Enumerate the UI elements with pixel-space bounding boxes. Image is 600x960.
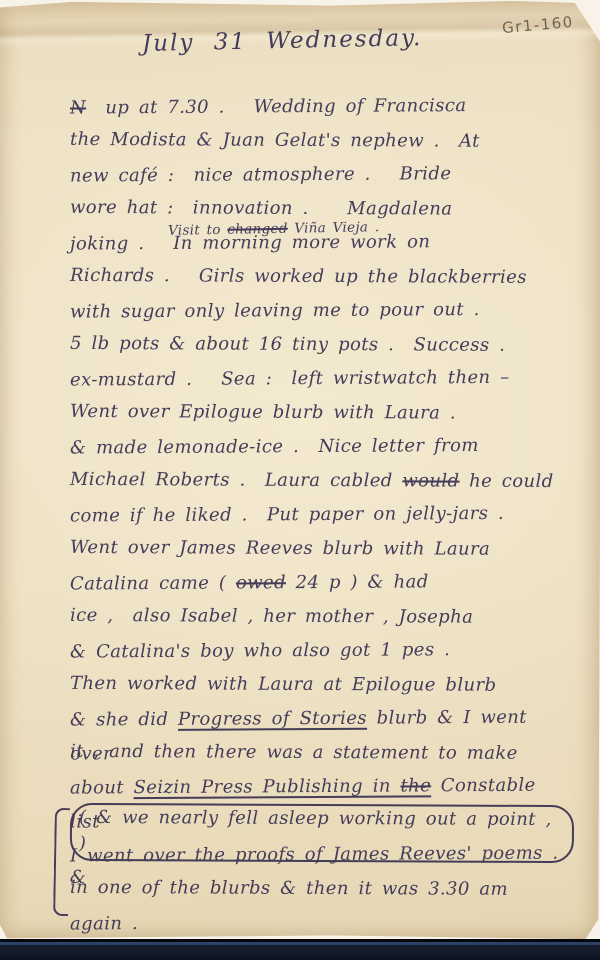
manuscript-line: & made lemonade-ice . Nice letter from bbox=[70, 428, 574, 465]
text-segment: N bbox=[70, 97, 86, 118]
text-segment: changed bbox=[227, 221, 288, 238]
manuscript-line: come if he liked . Put paper on jelly-ja… bbox=[70, 496, 574, 533]
text-segment: again . bbox=[70, 913, 138, 934]
manuscript-line: Richards . Girls worked up the blackberr… bbox=[70, 259, 574, 295]
manuscript-line: 5 lb pots & about 16 tiny pots . Success… bbox=[70, 327, 574, 363]
manuscript-line: ex-mustard . Sea : left wristwatch then … bbox=[70, 360, 574, 397]
text-segment: Michael Roberts . Laura cabled bbox=[70, 469, 402, 491]
text-segment: Seizin Press Publishing in bbox=[133, 776, 400, 799]
text-segment: Richards . Girls worked up the blackberr… bbox=[70, 265, 527, 288]
manuscript-line: & Catalina's boy who also got 1 pes . bbox=[70, 632, 574, 669]
scan-edge-strip bbox=[0, 939, 600, 960]
manuscript-line: Went over Epilogue blurb with Laura . bbox=[70, 395, 574, 431]
text-segment: owed bbox=[236, 572, 286, 593]
manuscript-line: Michael Roberts . Laura cabled would he … bbox=[70, 463, 574, 499]
text-segment: would bbox=[402, 470, 459, 491]
text-segment: wore hat : innovation . Magdalena bbox=[70, 197, 453, 220]
manuscript-line: about Seizin Press Publishing in the Con… bbox=[70, 768, 574, 805]
margin-bracket bbox=[53, 808, 70, 916]
text-segment: 5 lb pots & about 16 tiny pots . Success… bbox=[70, 333, 505, 356]
text-segment: he could bbox=[459, 471, 553, 492]
manuscript-line: new café : nice atmosphere . Bride bbox=[70, 156, 574, 193]
text-segment: I went over the proofs of James Reeves' … bbox=[70, 843, 559, 867]
manuscript-line: Went over James Reeves blurb with Laura bbox=[70, 531, 574, 567]
text-segment: Then worked with Laura at Epilogue blurb bbox=[70, 673, 497, 696]
manuscript-line: Catalina came ( owed 24 p ) & had bbox=[70, 564, 574, 601]
text-segment: & Catalina's boy who also got 1 pes . bbox=[70, 639, 450, 662]
text-segment: ice , also Isabel , her mother , Josepha bbox=[70, 605, 473, 628]
text-segment: Progress of Stories bbox=[178, 708, 367, 730]
text-segment: the bbox=[400, 775, 431, 796]
manuscript-line: ice , also Isabel , her mother , Josepha bbox=[70, 599, 574, 635]
manuscript-line: ( & we nearly fell asleep working out a … bbox=[70, 803, 574, 839]
text-segment: new café : nice atmosphere . Bride bbox=[70, 163, 451, 186]
text-segment: the Modista & Juan Gelat's nephew . At bbox=[70, 129, 480, 152]
manuscript-line: & she did Progress of Stories blurb & I … bbox=[70, 700, 574, 737]
text-segment: & made lemonade-ice . Nice letter from bbox=[70, 435, 479, 458]
text-segment: Went over Epilogue blurb with Laura . bbox=[70, 401, 456, 424]
text-segment: it , and then there was a statement to m… bbox=[70, 741, 518, 764]
text-segment: up at 7.30 . Wedding of Francisca bbox=[86, 95, 466, 118]
text-segment: Viña Vieja . bbox=[288, 219, 380, 237]
text-segment: in one of the blurbs & then it was 3.30 … bbox=[70, 877, 508, 900]
text-segment: Went over James Reeves blurb with Laura bbox=[70, 537, 490, 560]
text-segment: with sugar only leaving me to pour out . bbox=[70, 299, 480, 323]
manuscript-line: N up at 7.30 . Wedding of Francisca bbox=[70, 88, 574, 125]
text-segment: ex-mustard . Sea : left wristwatch then … bbox=[70, 367, 510, 391]
manuscript-lines: N up at 7.30 . Wedding of Franciscathe M… bbox=[70, 90, 574, 940]
manuscript-line: it , and then there was a statement to m… bbox=[70, 735, 574, 771]
text-segment: & she did bbox=[70, 709, 178, 731]
text-segment: 24 p ) & had bbox=[286, 571, 429, 593]
text-segment: come if he liked . Put paper on jelly-ja… bbox=[70, 503, 504, 527]
text-segment: Visit to bbox=[168, 222, 228, 239]
text-segment: about bbox=[70, 777, 134, 798]
manuscript-line: Then worked with Laura at Epilogue blurb bbox=[70, 667, 574, 703]
manuscript-line: the Modista & Juan Gelat's nephew . At bbox=[70, 123, 574, 159]
manuscript-line: with sugar only leaving me to pour out . bbox=[70, 292, 574, 329]
manuscript-line: in one of the blurbs & then it was 3.30 … bbox=[70, 871, 574, 907]
manuscript-line: I went over the proofs of James Reeves' … bbox=[70, 836, 574, 873]
text-segment: Catalina came ( bbox=[70, 573, 236, 595]
manuscript-line: again . bbox=[70, 904, 574, 941]
